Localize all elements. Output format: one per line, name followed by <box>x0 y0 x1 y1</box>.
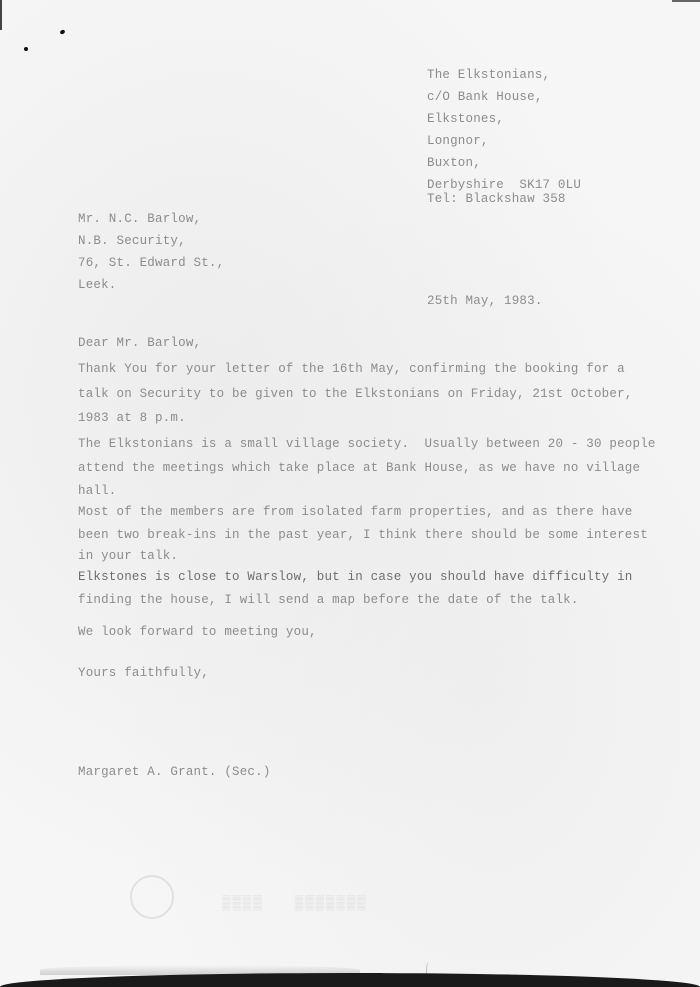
closing-line: We look forward to meeting you, <box>78 625 317 640</box>
sender-address-line: Buxton, <box>427 156 481 171</box>
paragraph-line: Thank You for your letter of the 16th Ma… <box>78 362 625 377</box>
recipient-address-line: Leek. <box>78 278 117 293</box>
signature-name: Margaret A. Grant. (Sec.) <box>78 765 271 780</box>
sender-address-line: Longnor, <box>427 134 489 149</box>
paragraph-line: hall. <box>78 484 117 499</box>
sender-address-line: c/O Bank House, <box>427 90 543 105</box>
recipient-address-line: 76, St. Edward St., <box>78 256 224 271</box>
paragraph-line: finding the house, I will send a map bef… <box>78 593 579 608</box>
sender-telephone: Tel: Blackshaw 358 <box>427 192 566 207</box>
paragraph-line: been two break-ins in the past year, I t… <box>78 528 648 543</box>
sender-address-line: The Elkstonians, <box>427 68 550 83</box>
ink-speck <box>59 29 65 35</box>
valediction: Yours faithfully, <box>78 666 209 681</box>
scan-edge-mark <box>672 0 700 2</box>
letter-date: 25th May, 1983. <box>427 294 543 309</box>
paragraph-line: talk on Security to be given to the Elks… <box>78 387 633 402</box>
paragraph-line: The Elkstonians is a small village socie… <box>78 437 656 452</box>
paragraph-line: attend the meetings which take place at … <box>78 461 640 476</box>
letter-page: The Elkstonians, c/O Bank House, Elkston… <box>0 0 700 987</box>
paragraph-line: Elkstones is close to Warslow, but in ca… <box>78 570 633 585</box>
watermark-text: ▒▒▒▒ ▒▒▒▒▒▒▒ <box>222 896 368 912</box>
salutation: Dear Mr. Barlow, <box>78 336 201 351</box>
ink-speck <box>24 47 28 51</box>
paragraph-line: Most of the members are from isolated fa… <box>78 505 633 520</box>
paragraph-line: in your talk. <box>78 549 178 564</box>
sender-address-line: Derbyshire SK17 0LU <box>427 178 581 193</box>
watermark-emblem <box>130 875 174 919</box>
sender-address-line: Elkstones, <box>427 112 504 127</box>
scanner-edge <box>0 973 700 987</box>
paragraph-line: 1983 at 8 p.m. <box>78 411 186 426</box>
scan-edge-mark <box>0 0 2 30</box>
recipient-address-line: N.B. Security, <box>78 234 186 249</box>
recipient-address-line: Mr. N.C. Barlow, <box>78 212 201 227</box>
